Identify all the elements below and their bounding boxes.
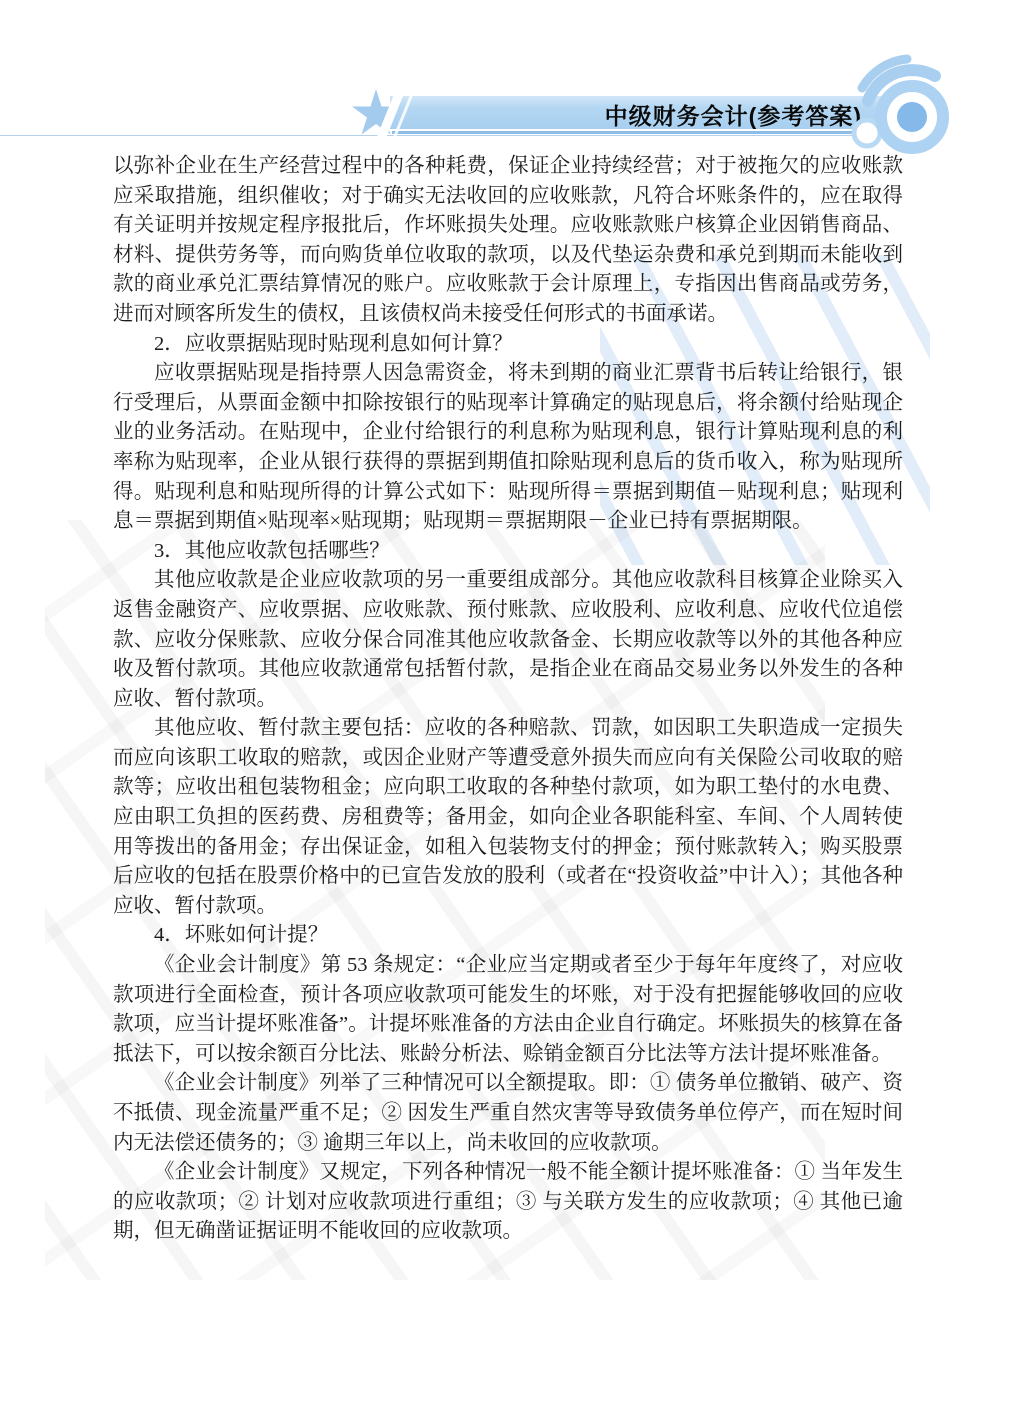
question-heading-4: 4．坏账如何计提？: [113, 921, 903, 951]
header-bar: 中级财务会计(参考答案): [390, 96, 890, 129]
paragraph: 其他应收款是企业应收款项的另一重要组成部分。其他应收款科目核算企业除买入返售金融…: [113, 566, 903, 714]
header-accent-line: [392, 131, 888, 134]
question-heading-2: 2．应收票据贴现时贴现利息如何计算？: [113, 330, 903, 360]
paragraph: 《企业会计制度》又规定，下列各种情况一般不能全额计提坏账准备：① 当年发生的应收…: [113, 1158, 903, 1247]
header-rule: [0, 135, 938, 136]
paragraph-continuation: 以弥补企业在生产经营过程中的各种耗费，保证企业持续经营；对于被拖欠的应收账款应采…: [113, 152, 903, 330]
paragraph: 《企业会计制度》第 53 条规定：“企业应当定期或者至少于每年年度终了，对应收款…: [113, 951, 903, 1069]
paragraph: 应收票据贴现是指持票人因急需资金，将未到期的商业汇票背书后转让给银行，银行受理后…: [113, 359, 903, 537]
rings-logo-icon: [825, 40, 1015, 180]
paragraph: 其他应收、暂付款主要包括：应收的各种赔款、罚款，如因职工失职造成一定损失而应向该…: [113, 714, 903, 921]
question-heading-3: 3．其他应收款包括哪些？: [113, 537, 903, 567]
paragraph: 《企业会计制度》列举了三种情况可以全额提取。即：① 债务单位撤销、破产、资不抵债…: [113, 1069, 903, 1158]
page-title: 中级财务会计(参考答案): [605, 98, 862, 131]
book-page: 中级财务会计(参考答案) 以弥补企业在生产经营过程中的各种耗费，保证企业持续经营…: [0, 0, 1015, 1413]
answer-text-block: 以弥补企业在生产经营过程中的各种耗费，保证企业持续经营；对于被拖欠的应收账款应采…: [113, 152, 903, 1247]
